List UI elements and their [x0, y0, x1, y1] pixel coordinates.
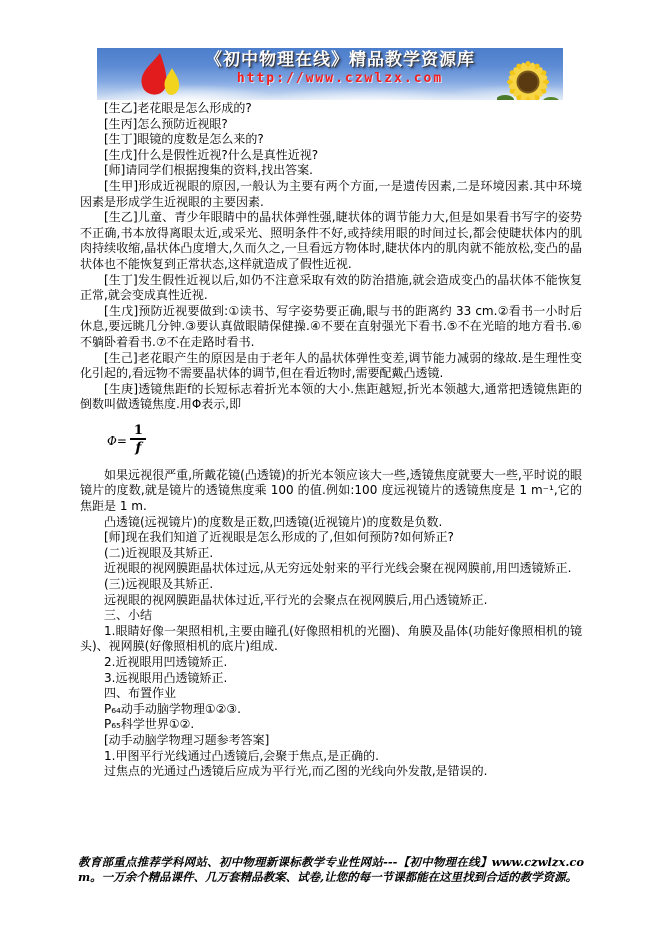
- paragraph: 凸透镜(远视镜片)的度数是正数,凹透镜(近视镜片)的度数是负数.: [80, 515, 582, 531]
- paragraph: [师]请同学们根据搜集的资料,找出答案.: [80, 163, 582, 179]
- formula-lhs: Φ=: [107, 434, 127, 450]
- paragraph: 1.甲图平行光线通过凸透镜后,会聚于焦点,是正确的.: [80, 749, 582, 765]
- paragraph: [动手动脑学物理习题参考答案]: [80, 733, 582, 749]
- paragraph: [生甲]形成近视眼的原因,一般认为主要有两个方面,一是遗传因素,二是环境因素.其…: [80, 179, 582, 210]
- paragraph: [师]现在我们知道了近视眼是怎么形成的了,但如何预防?如何矫正?: [80, 530, 582, 546]
- paragraph: [生丙]怎么预防近视眼?: [80, 117, 582, 133]
- paragraph: 四、布置作业: [80, 686, 582, 702]
- paragraph: 1.眼睛好像一架照相机,主要由瞳孔(好像照相机的光圈)、角膜及晶体(功能好像照相…: [80, 624, 582, 655]
- paragraph: P₆₄动手动脑学物理①②③.: [80, 702, 582, 718]
- banner-text-block: 《初中物理在线》精品教学资源库 http://www.czwlzx.com: [192, 52, 488, 85]
- document-page: 《初中物理在线》精品教学资源库 http://www.czwlzx.com: [0, 0, 661, 936]
- paragraph: 远视眼的视网膜距晶状体过近,平行光的会聚点在视网膜后,用凸透镜矫正.: [80, 593, 582, 609]
- paragraph: 过焦点的光通过凸透镜后应成为平行光,而乙图的光线向外发散,是错误的.: [80, 764, 582, 780]
- paragraph: 三、小结: [80, 608, 582, 624]
- formula-numerator: 1: [129, 423, 148, 438]
- formula-denominator: f: [130, 438, 146, 457]
- paragraph: [生丁]眼镜的度数是怎么来的?: [80, 132, 582, 148]
- document-content: [生乙]老花眼是怎么形成的? [生丙]怎么预防近视眼? [生丁]眼镜的度数是怎么…: [80, 101, 582, 780]
- formula-fraction: 1 f: [129, 423, 148, 457]
- banner-url-link[interactable]: http://www.czwlzx.com: [192, 72, 488, 85]
- paragraph: [生丁]发生假性近视以后,如仍不注意采取有效的防治措施,就会造成变凸的晶状体不能…: [80, 273, 582, 304]
- paragraph: [生乙]老花眼是怎么形成的?: [80, 101, 582, 117]
- paragraph: (二)近视眼及其矫正.: [80, 546, 582, 562]
- sunflower-icon: [497, 54, 559, 100]
- paragraph: [生戊]什么是假性近视?什么是真性近视?: [80, 148, 582, 164]
- paragraph: [生戊]预防近视要做到:①读书、写字姿势要正确,眼与书的距离约 33 cm.②看…: [80, 304, 582, 351]
- paragraph: [生庚]透镜焦距f的长短标志着折光本领的大小.焦距越短,折光本领越大,通常把透镜…: [80, 382, 582, 413]
- paragraph: 近视眼的视网膜距晶状体过远,从无穷远处射来的平行光线会聚在视网膜前,用凹透镜矫正…: [80, 561, 582, 577]
- paragraph: 2.近视眼用凹透镜矫正.: [80, 655, 582, 671]
- paragraph: 如果远视很严重,所戴花镜(凸透镜)的折光本领应该大一些,透镜焦度就要大一些,平时…: [80, 468, 582, 515]
- site-logo-flame-icon: [135, 52, 185, 98]
- lens-power-formula: Φ= 1 f: [107, 420, 582, 460]
- paragraph: [生乙]儿童、青少年眼睛中的晶状体弹性强,睫状体的调节能力大,但是如果看书写字的…: [80, 210, 582, 272]
- paragraph: 3.远视眼用凸透镜矫正.: [80, 671, 582, 687]
- footer-promo: 教育部重点推荐学科网站、初中物理新课标教学专业性网站---【初中物理在线】www…: [78, 855, 584, 885]
- paragraph: (三)远视眼及其矫正.: [80, 577, 582, 593]
- paragraph: [生己]老花眼产生的原因是由于老年人的晶状体弹性变差,调节能力减弱的缘故.是生理…: [80, 351, 582, 382]
- banner-title: 《初中物理在线》精品教学资源库: [192, 52, 488, 69]
- paragraph: P₆₅科学世界①②.: [80, 717, 582, 733]
- site-banner: 《初中物理在线》精品教学资源库 http://www.czwlzx.com: [97, 48, 563, 100]
